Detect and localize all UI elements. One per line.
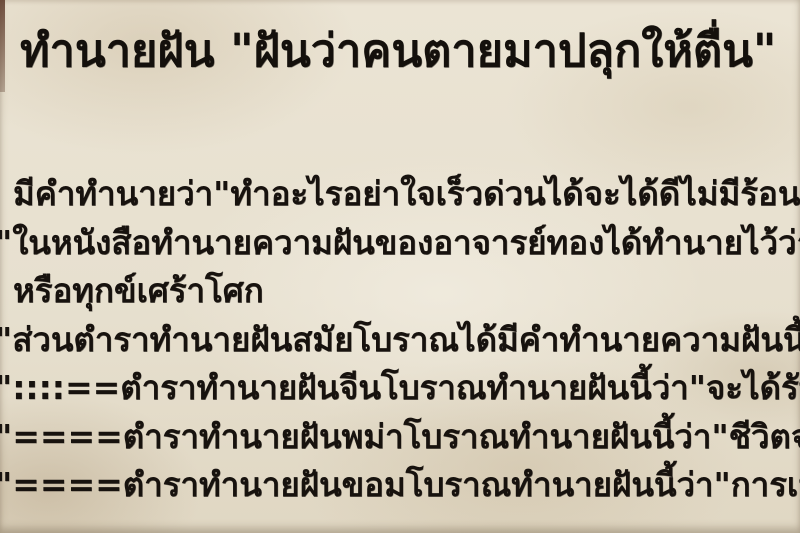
left-edge-artifact bbox=[0, 0, 5, 92]
body-line: "::::==ตำราทำนายฝันจีนโบราณทำนายฝันนี้ว่… bbox=[0, 364, 800, 413]
body-line: หรือทุกข์เศร้าโศก bbox=[13, 267, 800, 316]
body-line: "ในหนังสือทำนายความฝันของอาจารย์ทองได้ทำ… bbox=[0, 219, 800, 268]
dream-interpretation-page: ทำนายฝัน "ฝันว่าคนตายมาปลุกให้ตื่น" มีคำ… bbox=[0, 0, 800, 533]
body-text: มีคำทำนายว่า"ทำอะไรอย่าใจเร็วด่วนได้จะได… bbox=[0, 170, 800, 510]
body-line: "====ตำราทำนายฝันพม่าโบราณทำนายฝันนี้ว่า… bbox=[0, 413, 800, 462]
body-line: "====ตำราทำนายฝันขอมโบราณทำนายฝันนี้ว่า"… bbox=[0, 461, 800, 510]
body-line: "ส่วนตำราทำนายฝันสมัยโบราณได้มีคำทำนายคว… bbox=[0, 316, 800, 365]
body-line: มีคำทำนายว่า"ทำอะไรอย่าใจเร็วด่วนได้จะได… bbox=[13, 170, 800, 219]
page-title: ทำนายฝัน "ฝันว่าคนตายมาปลุกให้ตื่น" bbox=[20, 14, 776, 86]
